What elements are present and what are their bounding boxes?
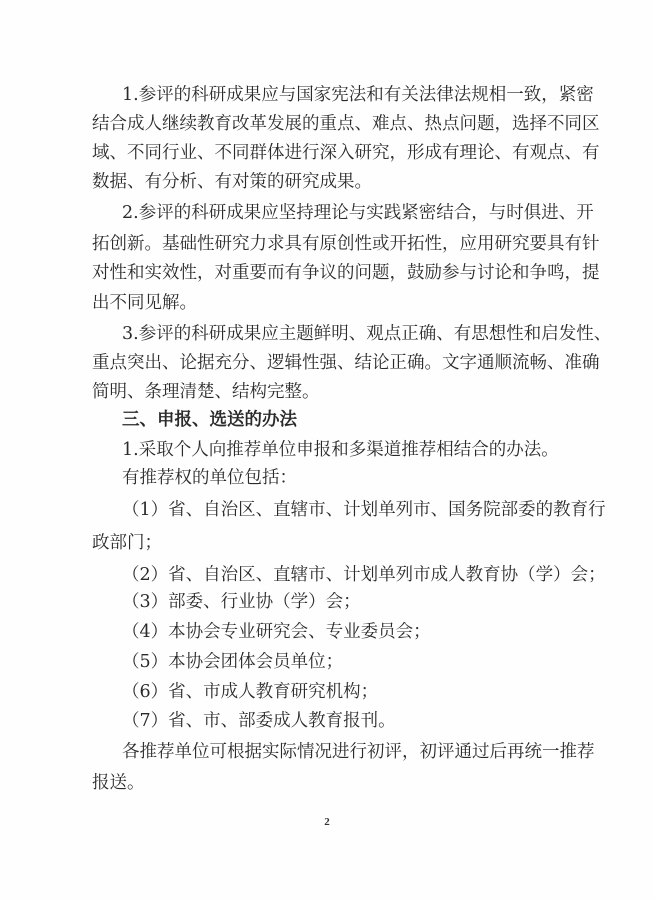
text-line: 域、不同行业、不同群体进行深入研究，形成有理论、有观点、有 <box>92 142 562 164</box>
section-heading: 三、申报、选送的办法 <box>122 409 562 431</box>
text-line: 对性和实效性，对重要而有争议的问题，鼓励参与讨论和争鸣，提 <box>92 262 562 284</box>
text-line: 2.参评的科研成果应坚持理论与实践紧密结合，与时俱进、开 <box>122 202 562 224</box>
page-number: 2 <box>318 816 336 828</box>
text-line: （7）省、市、部委成人教育报刊。 <box>122 710 562 732</box>
text-line: （3）部委、行业协（学）会； <box>122 591 562 613</box>
text-line: 1.参评的科研成果应与国家宪法和有关法律法规相一致，紧密 <box>122 84 562 106</box>
text-line: 出不同见解。 <box>92 292 562 314</box>
text-line: 数据、有分析、有对策的研究成果。 <box>92 171 562 193</box>
text-line: 政部门； <box>92 532 562 554</box>
text-line: 1.采取个人向推荐单位申报和多渠道推荐相结合的办法。 <box>122 439 562 461</box>
text-line: 有推荐权的单位包括： <box>122 467 562 489</box>
document-page: 1.参评的科研成果应与国家宪法和有关法律法规相一致，紧密结合成人继续教育改革发展… <box>0 0 654 900</box>
text-line: 3.参评的科研成果应主题鲜明、观点正确、有思想性和启发性、 <box>122 323 562 345</box>
text-line: （1）省、自治区、直辖市、计划单列市、国务院部委的教育行 <box>122 499 562 521</box>
text-line: 结合成人继续教育改革发展的重点、难点、热点问题，选择不同区 <box>92 113 562 135</box>
text-line: 报送。 <box>92 772 562 794</box>
text-line: 重点突出、论据充分、逻辑性强、结论正确。文字通顺流畅、准确 <box>92 352 562 374</box>
text-line: 拓创新。基础性研究力求具有原创性或开拓性，应用研究要具有针 <box>92 233 562 255</box>
text-line: （6）省、市成人教育研究机构； <box>122 681 562 703</box>
text-line: （2）省、自治区、直辖市、计划单列市成人教育协（学）会； <box>122 564 562 586</box>
text-line: （4）本协会专业研究会、专业委员会； <box>122 621 562 643</box>
text-line: 各推荐单位可根据实际情况进行初评，初评通过后再统一推荐 <box>122 741 562 763</box>
text-line: 简明、条理清楚、结构完整。 <box>92 381 562 403</box>
text-line: （5）本协会团体会员单位； <box>122 651 562 673</box>
